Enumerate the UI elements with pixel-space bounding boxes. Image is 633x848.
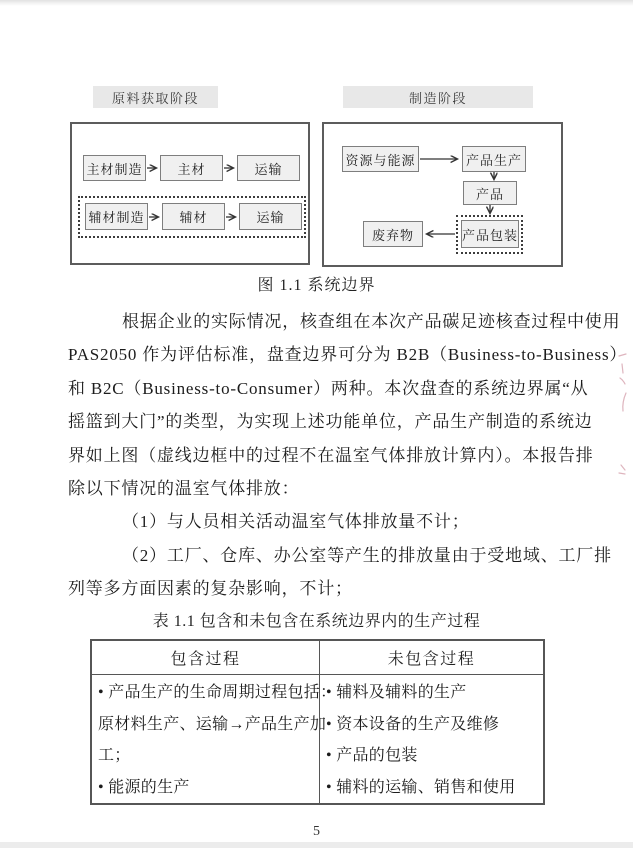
body-text: 根据企业的实际情况，核查组在本次产品碳足迹核查过程中使用 PAS2050 作为评… [68, 305, 568, 606]
stage-label-manufacturing: 制造阶段 [343, 86, 533, 108]
table-caption: 表 1.1 包含和未包含在系统边界内的生产过程 [0, 608, 633, 631]
box-main-material: 主材 [160, 155, 223, 181]
table-header-excluded: 未包含过程 [319, 641, 543, 675]
figure-right-panel [322, 122, 563, 267]
body-line: 摇篮到大门”的类型，为实现上述功能单位，产品生产制造的系统边 [68, 405, 568, 438]
box-main-material-manufacture: 主材制造 [83, 155, 146, 181]
box-waste: 废弃物 [363, 221, 423, 247]
page-number: 5 [0, 824, 633, 840]
scan-edge-top [0, 0, 633, 6]
box-aux-material-manufacture: 辅材制造 [85, 203, 148, 230]
box-transport-main: 运输 [237, 155, 300, 181]
system-boundary-table: 包含过程 未包含过程 • 产品生产的生命周期过程包括： 原材料生产、运输→产品生… [90, 639, 545, 805]
body-line: 列等多方面因素的复杂影响，不计； [68, 572, 568, 605]
body-line: PAS2050 作为评估标准，盘查边界可分为 B2B（Business-to-B… [68, 338, 568, 371]
box-resources-energy: 资源与能源 [342, 146, 419, 172]
box-product-packaging: 产品包装 [461, 220, 519, 248]
table-line: • 产品的包装 [326, 740, 539, 772]
stage-label-acquisition-text: 原料获取阶段 [112, 88, 199, 107]
scan-edge-bottom [0, 842, 633, 848]
table-cell-excluded: • 辅料及辅料的生产 • 资本设备的生产及维修 • 产品的包装 • 辅料的运输、… [319, 675, 543, 803]
box-transport-aux: 运输 [239, 203, 302, 230]
box-product-production: 产品生产 [462, 146, 526, 172]
stage-label-acquisition: 原料获取阶段 [93, 86, 218, 108]
table-header-included: 包含过程 [92, 641, 319, 675]
box-product: 产品 [463, 181, 517, 205]
table-line: • 资本设备的生产及维修 [326, 709, 539, 741]
table-line: 原材料生产、运输→产品生产加 [98, 709, 315, 741]
table-line: • 辅料的运输、销售和使用 [326, 772, 539, 804]
stage-label-manufacturing-text: 制造阶段 [409, 88, 467, 107]
box-aux-material: 辅材 [162, 203, 225, 230]
table-line: • 能源的生产 [98, 772, 315, 804]
body-line-item-1: （1）与人员相关活动温室气体排放量不计； [68, 505, 568, 538]
table-line: • 辅料及辅料的生产 [326, 677, 539, 709]
table-line: 工； [98, 740, 315, 772]
table-cell-included: • 产品生产的生命周期过程包括： 原材料生产、运输→产品生产加 工； • 能源的… [92, 675, 319, 803]
body-line: 根据企业的实际情况，核查组在本次产品碳足迹核查过程中使用 [68, 305, 568, 338]
table-line: • 产品生产的生命周期过程包括： [98, 677, 315, 709]
body-line-item-2: （2）工厂、仓库、办公室等产生的排放量由于受地域、工厂排 [68, 539, 568, 572]
document-page: 原料获取阶段 制造阶段 主材制造 主材 运输 辅材制造 辅材 运输 资源与能源 … [0, 0, 633, 848]
body-line: 和 B2C（Business-to-Consumer）两种。本次盘查的系统边界属… [68, 372, 568, 405]
figure-caption: 图 1.1 系统边界 [0, 272, 633, 295]
body-line: 除以下情况的温室气体排放： [68, 472, 568, 505]
figure-left-panel [70, 122, 310, 265]
body-line: 界如上图（虚线边框中的过程不在温室气体排放计算内）。本报告排 [68, 439, 568, 472]
